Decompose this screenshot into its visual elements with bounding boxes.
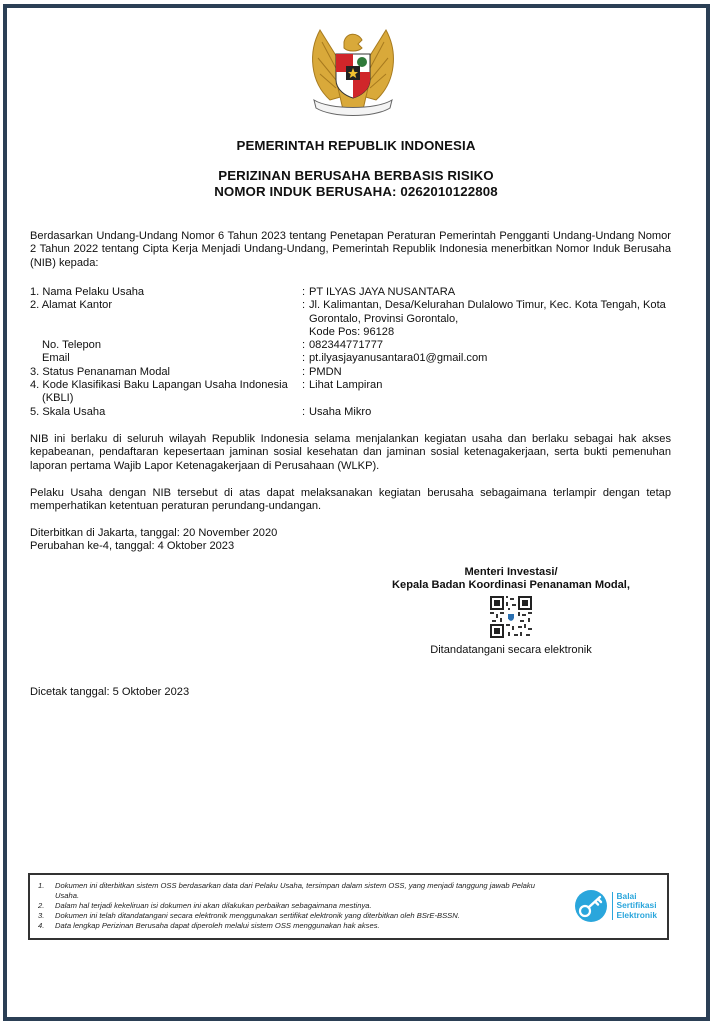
field-value: pt.ilyasjayanusantara01@gmail.com [309,352,680,365]
field-row-investment-status: 3. Status Penanaman Modal : PMDN [30,366,680,379]
footer-note: 3. Dokumen ini telah ditandatangani seca… [38,911,538,921]
note-number: 4. [38,921,55,931]
field-row-office-address: 2. Alamat Kantor : Jl. Kalimantan, Desa/… [30,299,680,339]
signature-block: Menteri Investasi/ Kepala Badan Koordina… [380,566,642,657]
amendment-date: Perubahan ke-4, tanggal: 4 Oktober 2023 [30,540,277,553]
kbli-label: 4. Kode Klasifikasi Baku Lapangan Usaha … [30,379,302,392]
field-label: Email [30,352,302,365]
postal-code: Kode Pos: 96128 [309,326,680,339]
field-row-business-scale: 5. Skala Usaha : Usaha Mikro [30,406,680,419]
issuance-info: Diterbitkan di Jakarta, tanggal: 20 Nove… [30,527,277,554]
field-row-email: Email : pt.ilyasjayanusantara01@gmail.co… [30,352,680,365]
field-row-kbli: 4. Kode Klasifikasi Baku Lapangan Usaha … [30,379,680,406]
business-actor-paragraph: Pelaku Usaha dengan NIB tersebut di atas… [30,487,671,514]
field-label: 3. Status Penanaman Modal [30,366,302,379]
government-heading: PEMERINTAH REPUBLIK INDONESIA [0,138,712,153]
field-label: 1. Nama Pelaku Usaha [30,286,302,299]
bsre-text: Balai Sertifikasi Elektronik [612,892,658,921]
intro-paragraph: Berdasarkan Undang-Undang Nomor 6 Tahun … [30,230,671,270]
issued-date: Diterbitkan di Jakarta, tanggal: 20 Nove… [30,527,277,540]
footer-notes-box: 1. Dokumen ini diterbitkan sistem OSS be… [28,873,669,940]
field-colon: : [302,339,309,352]
nib-number-heading: NOMOR INDUK BERUSAHA: 0262010122808 [0,184,712,199]
note-text: Data lengkap Perizinan Berusaha dapat di… [55,921,380,931]
bsre-line3: Elektronik [617,911,658,921]
field-colon: : [302,286,309,299]
note-number: 1. [38,881,55,901]
field-colon: : [302,366,309,379]
garuda-emblem-icon [300,22,406,124]
business-details: 1. Nama Pelaku Usaha : PT ILYAS JAYA NUS… [30,286,680,419]
note-number: 3. [38,911,55,921]
print-date: Dicetak tanggal: 5 Oktober 2023 [30,686,189,698]
electronic-signature-note: Ditandatangani secara elektronik [380,644,642,657]
field-label: No. Telepon [30,339,302,352]
field-value: PMDN [309,366,680,379]
field-value: 082344771777 [309,339,680,352]
note-text: Dalam hal terjadi kekeliruan isi dokumen… [55,901,372,911]
footer-notes: 1. Dokumen ini diterbitkan sistem OSS be… [38,881,538,931]
field-value: Lihat Lampiran [309,379,680,406]
footer-note: 1. Dokumen ini diterbitkan sistem OSS be… [38,881,538,901]
field-colon: : [302,379,309,406]
note-text: Dokumen ini telah ditandatangani secara … [55,911,460,921]
field-row-business-name: 1. Nama Pelaku Usaha : PT ILYAS JAYA NUS… [30,286,680,299]
footer-note: 2. Dalam hal terjadi kekeliruan isi doku… [38,901,538,911]
field-colon: : [302,406,309,419]
field-label: 5. Skala Usaha [30,406,302,419]
field-value: Usaha Mikro [309,406,680,419]
field-value: PT ILYAS JAYA NUSANTARA [309,286,680,299]
footer-note: 4. Data lengkap Perizinan Berusaha dapat… [38,921,538,931]
note-number: 2. [38,901,55,911]
field-label: 4. Kode Klasifikasi Baku Lapangan Usaha … [30,379,302,406]
address-text: Jl. Kalimantan, Desa/Kelurahan Dulalowo … [309,299,680,326]
field-row-phone: No. Telepon : 082344771777 [30,339,680,352]
document-title: PERIZINAN BERUSAHA BERBASIS RISIKO [0,168,712,183]
bsre-key-icon [574,889,608,923]
field-label: 2. Alamat Kantor [30,299,302,339]
signatory-title: Menteri Investasi/ [380,566,642,579]
kbli-label-abbr: (KBLI) [30,392,302,405]
signatory-agency: Kepala Badan Koordinasi Penanaman Modal, [380,579,642,592]
field-colon: : [302,299,309,339]
field-colon: : [302,352,309,365]
field-value: Jl. Kalimantan, Desa/Kelurahan Dulalowo … [309,299,680,339]
bsre-logo: Balai Sertifikasi Elektronik [574,889,658,923]
qr-code-icon [490,596,532,638]
nib-validity-paragraph: NIB ini berlaku di seluruh wilayah Repub… [30,433,671,473]
note-text: Dokumen ini diterbitkan sistem OSS berda… [55,881,538,901]
